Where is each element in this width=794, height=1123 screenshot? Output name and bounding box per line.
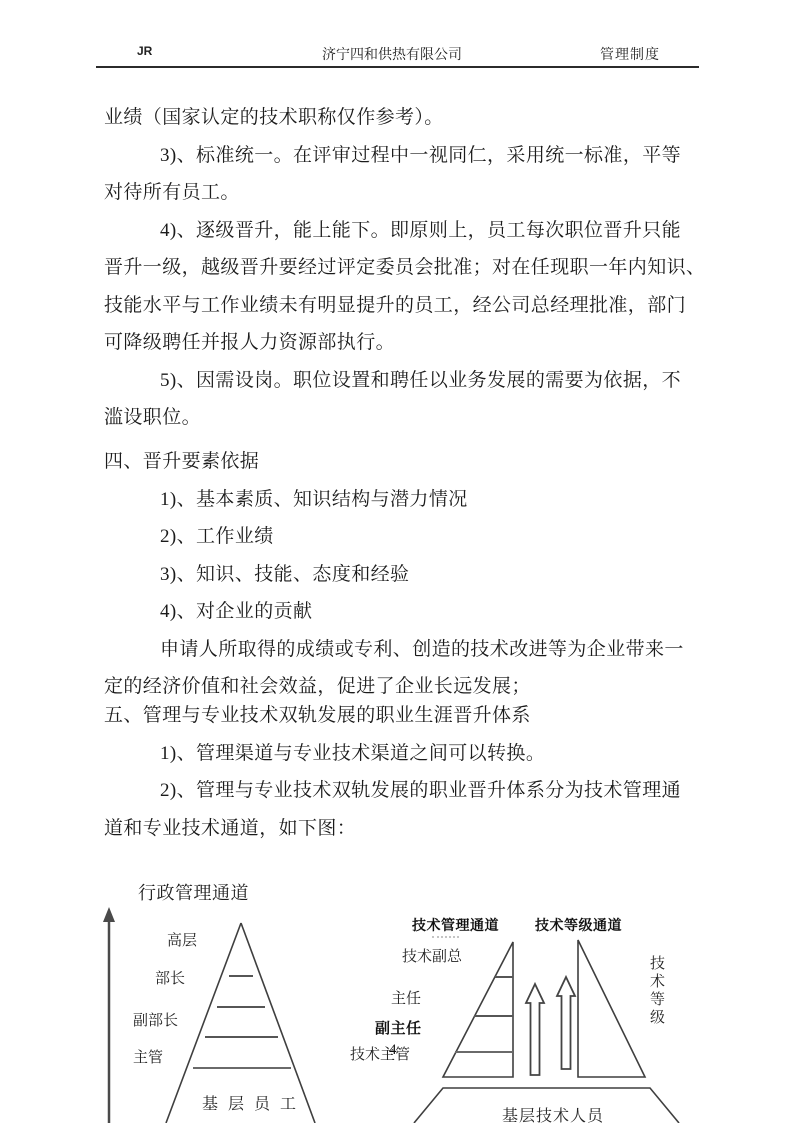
body-line: 5)、因需设岗。职位设置和聘任以业务发展的需要为依据，不	[104, 362, 704, 400]
tech-level-supervisor: 技术主管	[350, 1043, 410, 1064]
body-line: 滥设职位。	[104, 399, 704, 437]
header-company-name: 济宁四和供热有限公司	[322, 44, 472, 64]
promotion-up-arrow-icon	[557, 977, 575, 1069]
tech-level-deputy-director: 副主任	[375, 1017, 422, 1038]
header-rule	[96, 66, 699, 68]
admin-base-label: 基 层 员 工	[202, 1091, 299, 1114]
body-line: 对待所有员工。	[104, 174, 704, 212]
admin-channel-title: 行政管理通道	[138, 879, 249, 905]
promotion-up-arrow-icon	[526, 984, 544, 1075]
paragraphs-promotion-principles: 业绩（国家认定的技术职称仅作参考）。 3)、标准统一。在评审过程中一视同仁，采用…	[104, 99, 704, 437]
body-line: 申请人所取得的成绩或专利、创造的技术改进等为企业带来一	[104, 631, 704, 669]
tech-level-deputy-chief: 技术副总	[402, 945, 462, 966]
page-number: 4	[389, 1042, 397, 1059]
body-line: 晋升一级，越级晋升要经过评定委员会批准；对在任现职一年内知识、	[104, 249, 704, 287]
tech-mgmt-channel-title: 技术管理通道	[412, 915, 499, 935]
body-line: 4)、逐级晋升，能上能下。即原则上，员工每次职位晋升只能	[104, 212, 704, 250]
section-dual-track-system: 五、管理与专业技术双轨发展的职业生涯晋升体系 1)、管理渠道与专业技术渠道之间可…	[104, 697, 704, 847]
body-line: 2)、工作业绩	[104, 518, 704, 556]
body-line: 技能水平与工作业绩未有明显提升的员工，经公司总经理批准，部门	[104, 287, 704, 325]
document-page: JR 济宁四和供热有限公司 管理制度 业绩（国家认定的技术职称仅作参考）。 3)…	[0, 0, 794, 1123]
admin-level-top: 高层	[167, 929, 197, 950]
admin-level-minister: 部长	[155, 967, 185, 988]
up-axis-arrow-head-icon	[103, 907, 115, 922]
body-line: 3)、知识、技能、态度和经验	[104, 556, 704, 594]
tech-grade-triangle	[578, 940, 645, 1077]
section-heading: 五、管理与专业技术双轨发展的职业生涯晋升体系	[104, 697, 704, 735]
body-line: 业绩（国家认定的技术职称仅作参考）。	[104, 99, 704, 137]
scan-artifact	[432, 936, 459, 938]
body-line: 4)、对企业的贡献	[104, 593, 704, 631]
admin-level-supervisor: 主管	[133, 1046, 163, 1067]
body-line: 1)、基本素质、知识结构与潜力情况	[104, 481, 704, 519]
body-line: 3)、标准统一。在评审过程中一视同仁，采用统一标准，平等	[104, 137, 704, 175]
tech-grade-channel-title: 技术等级通道	[535, 915, 622, 935]
section-promotion-factors: 四、晋升要素依据 1)、基本素质、知识结构与潜力情况 2)、工作业绩 3)、知识…	[104, 443, 704, 706]
section-heading: 四、晋升要素依据	[104, 443, 704, 481]
header-logo-jr: JR	[137, 44, 152, 58]
body-line: 2)、管理与专业技术双轨发展的职业晋升体系分为技术管理通	[104, 772, 704, 810]
body-line: 可降级聘任并报人力资源部执行。	[104, 324, 704, 362]
header-doc-type: 管理制度	[600, 44, 660, 64]
body-line: 1)、管理渠道与专业技术渠道之间可以转换。	[104, 735, 704, 773]
tech-grade-side-label: 技术等级	[646, 955, 667, 1027]
tech-base-label: 基层技术人员	[502, 1103, 604, 1123]
body-line: 道和专业技术通道，如下图：	[104, 810, 704, 848]
tech-level-director: 主任	[391, 987, 421, 1008]
admin-level-vice-minister: 副部长	[133, 1009, 178, 1030]
